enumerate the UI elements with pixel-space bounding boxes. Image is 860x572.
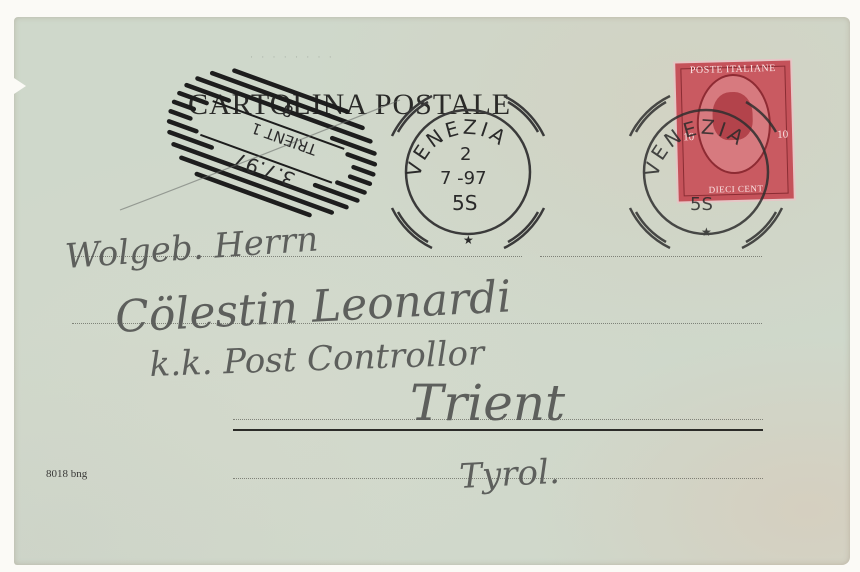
address-line-4 [233,478,763,479]
address-solid-line [233,429,763,431]
stamp-portrait-icon [712,92,753,141]
faint-printed-text: · · · · · · · · [250,52,335,62]
printer-mark: 8018 bng [46,468,87,480]
address-line-1-right [540,256,762,257]
printed-title: CARTOLINA POSTALE [188,88,511,122]
stamp-value-right: 10 [777,129,788,141]
torn-edge-notch [14,78,26,94]
address-line-2 [72,323,762,324]
stamp-value-left: 10 [683,131,694,143]
postage-stamp: POSTE ITALIANE 10 10 DIECI CENT [675,61,794,202]
address-line-3 [233,419,763,420]
address-line-1 [72,256,522,257]
